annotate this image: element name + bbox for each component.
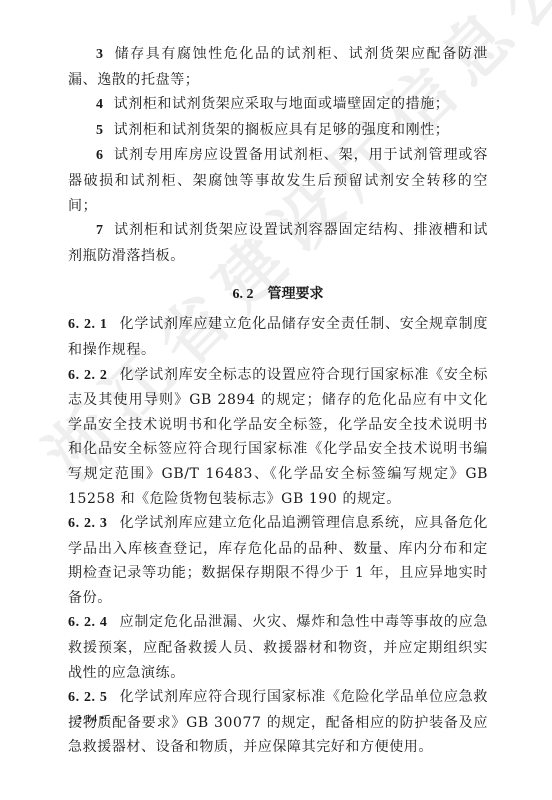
page-number: • 14 • [78,711,104,726]
clause-text: 化学试剂库应符合现行国家标准《危险化学品单位应急救援物质配备要求》GB 3007… [68,689,488,755]
clause-text: 化学试剂库应建立危化品储存安全责任制、安全规章制度和操作规程。 [68,316,488,358]
clause-text: 化学试剂库应建立危化品追溯管理信息系统，应具备危化学品出入库核查登记，库存危化品… [68,515,488,606]
item-text: 试剂柜和试剂货架的搁板应具有足够的强度和刚性； [114,122,450,138]
clause-number: 6. 2. 4 [68,615,107,630]
section-heading: 6. 2管理要求 [68,283,488,306]
item-number: 6 [96,148,104,163]
clause: 6. 2. 5化学试剂库应符合现行国家标准《危险化学品单位应急救援物质配备要求》… [68,685,488,760]
item-number: 4 [96,97,104,112]
clause-number: 6. 2. 5 [68,690,107,705]
clause-text: 化学试剂库安全标志的设置应符合现行国家标准《安全标志及其使用导则》GB 2894… [68,367,488,507]
clause: 6. 2. 1化学试剂库应建立危化品储存安全责任制、安全规章制度和操作规程。 [68,312,488,362]
list-item: 6试剂专用库房应设置备用试剂柜、架，用于试剂管理或容器破损和试剂柜、架腐蚀等事故… [68,143,488,218]
section-title: 管理要求 [268,286,324,302]
clause-text: 应制定危化品泄漏、火灾、爆炸和急性中毒等事故的应急救援预案，应配备救援人员、救援… [68,614,488,680]
clause: 6. 2. 3化学试剂库应建立危化品追溯管理信息系统，应具备危化学品出入库核查登… [68,511,488,610]
clause-number: 6. 2. 2 [68,368,107,383]
item-number: 5 [96,123,104,138]
list-item: 4试剂柜和试剂货架应采取与地面或墙壁固定的措施； [68,92,488,118]
item-text: 储存具有腐蚀性危化品的试剂柜、试剂货架应配备防泄漏、逸散的托盘等； [68,46,488,88]
item-number: 7 [96,223,104,238]
section-number: 6. 2 [233,287,254,302]
item-number: 3 [96,47,104,62]
item-text: 试剂柜和试剂货架应设置试剂容器固定结构、排液槽和试剂瓶防滑落挡板。 [68,222,488,264]
clause: 6. 2. 2化学试剂库安全标志的设置应符合现行国家标准《安全标志及其使用导则》… [68,363,488,512]
list-item: 7试剂柜和试剂货架应设置试剂容器固定结构、排液槽和试剂瓶防滑落挡板。 [68,218,488,268]
clause-number: 6. 2. 1 [68,317,107,332]
item-text: 试剂柜和试剂货架应采取与地面或墙壁固定的措施； [114,96,450,112]
list-item: 3储存具有腐蚀性危化品的试剂柜、试剂货架应配备防泄漏、逸散的托盘等； [68,42,488,92]
clause-number: 6. 2. 3 [68,516,107,531]
list-item: 5试剂柜和试剂货架的搁板应具有足够的强度和刚性； [68,118,488,144]
item-text: 试剂专用库房应设置备用试剂柜、架，用于试剂管理或容器破损和试剂柜、架腐蚀等事故发… [68,147,488,213]
document-page: 浙江省建设厅信息公开 3储存具有腐蚀性危化品的试剂柜、试剂货架应配备防泄漏、逸散… [0,0,552,800]
clause: 6. 2. 4应制定危化品泄漏、火灾、爆炸和急性中毒等事故的应急救援预案，应配备… [68,610,488,685]
page-content: 3储存具有腐蚀性危化品的试剂柜、试剂货架应配备防泄漏、逸散的托盘等； 4试剂柜和… [68,42,488,760]
